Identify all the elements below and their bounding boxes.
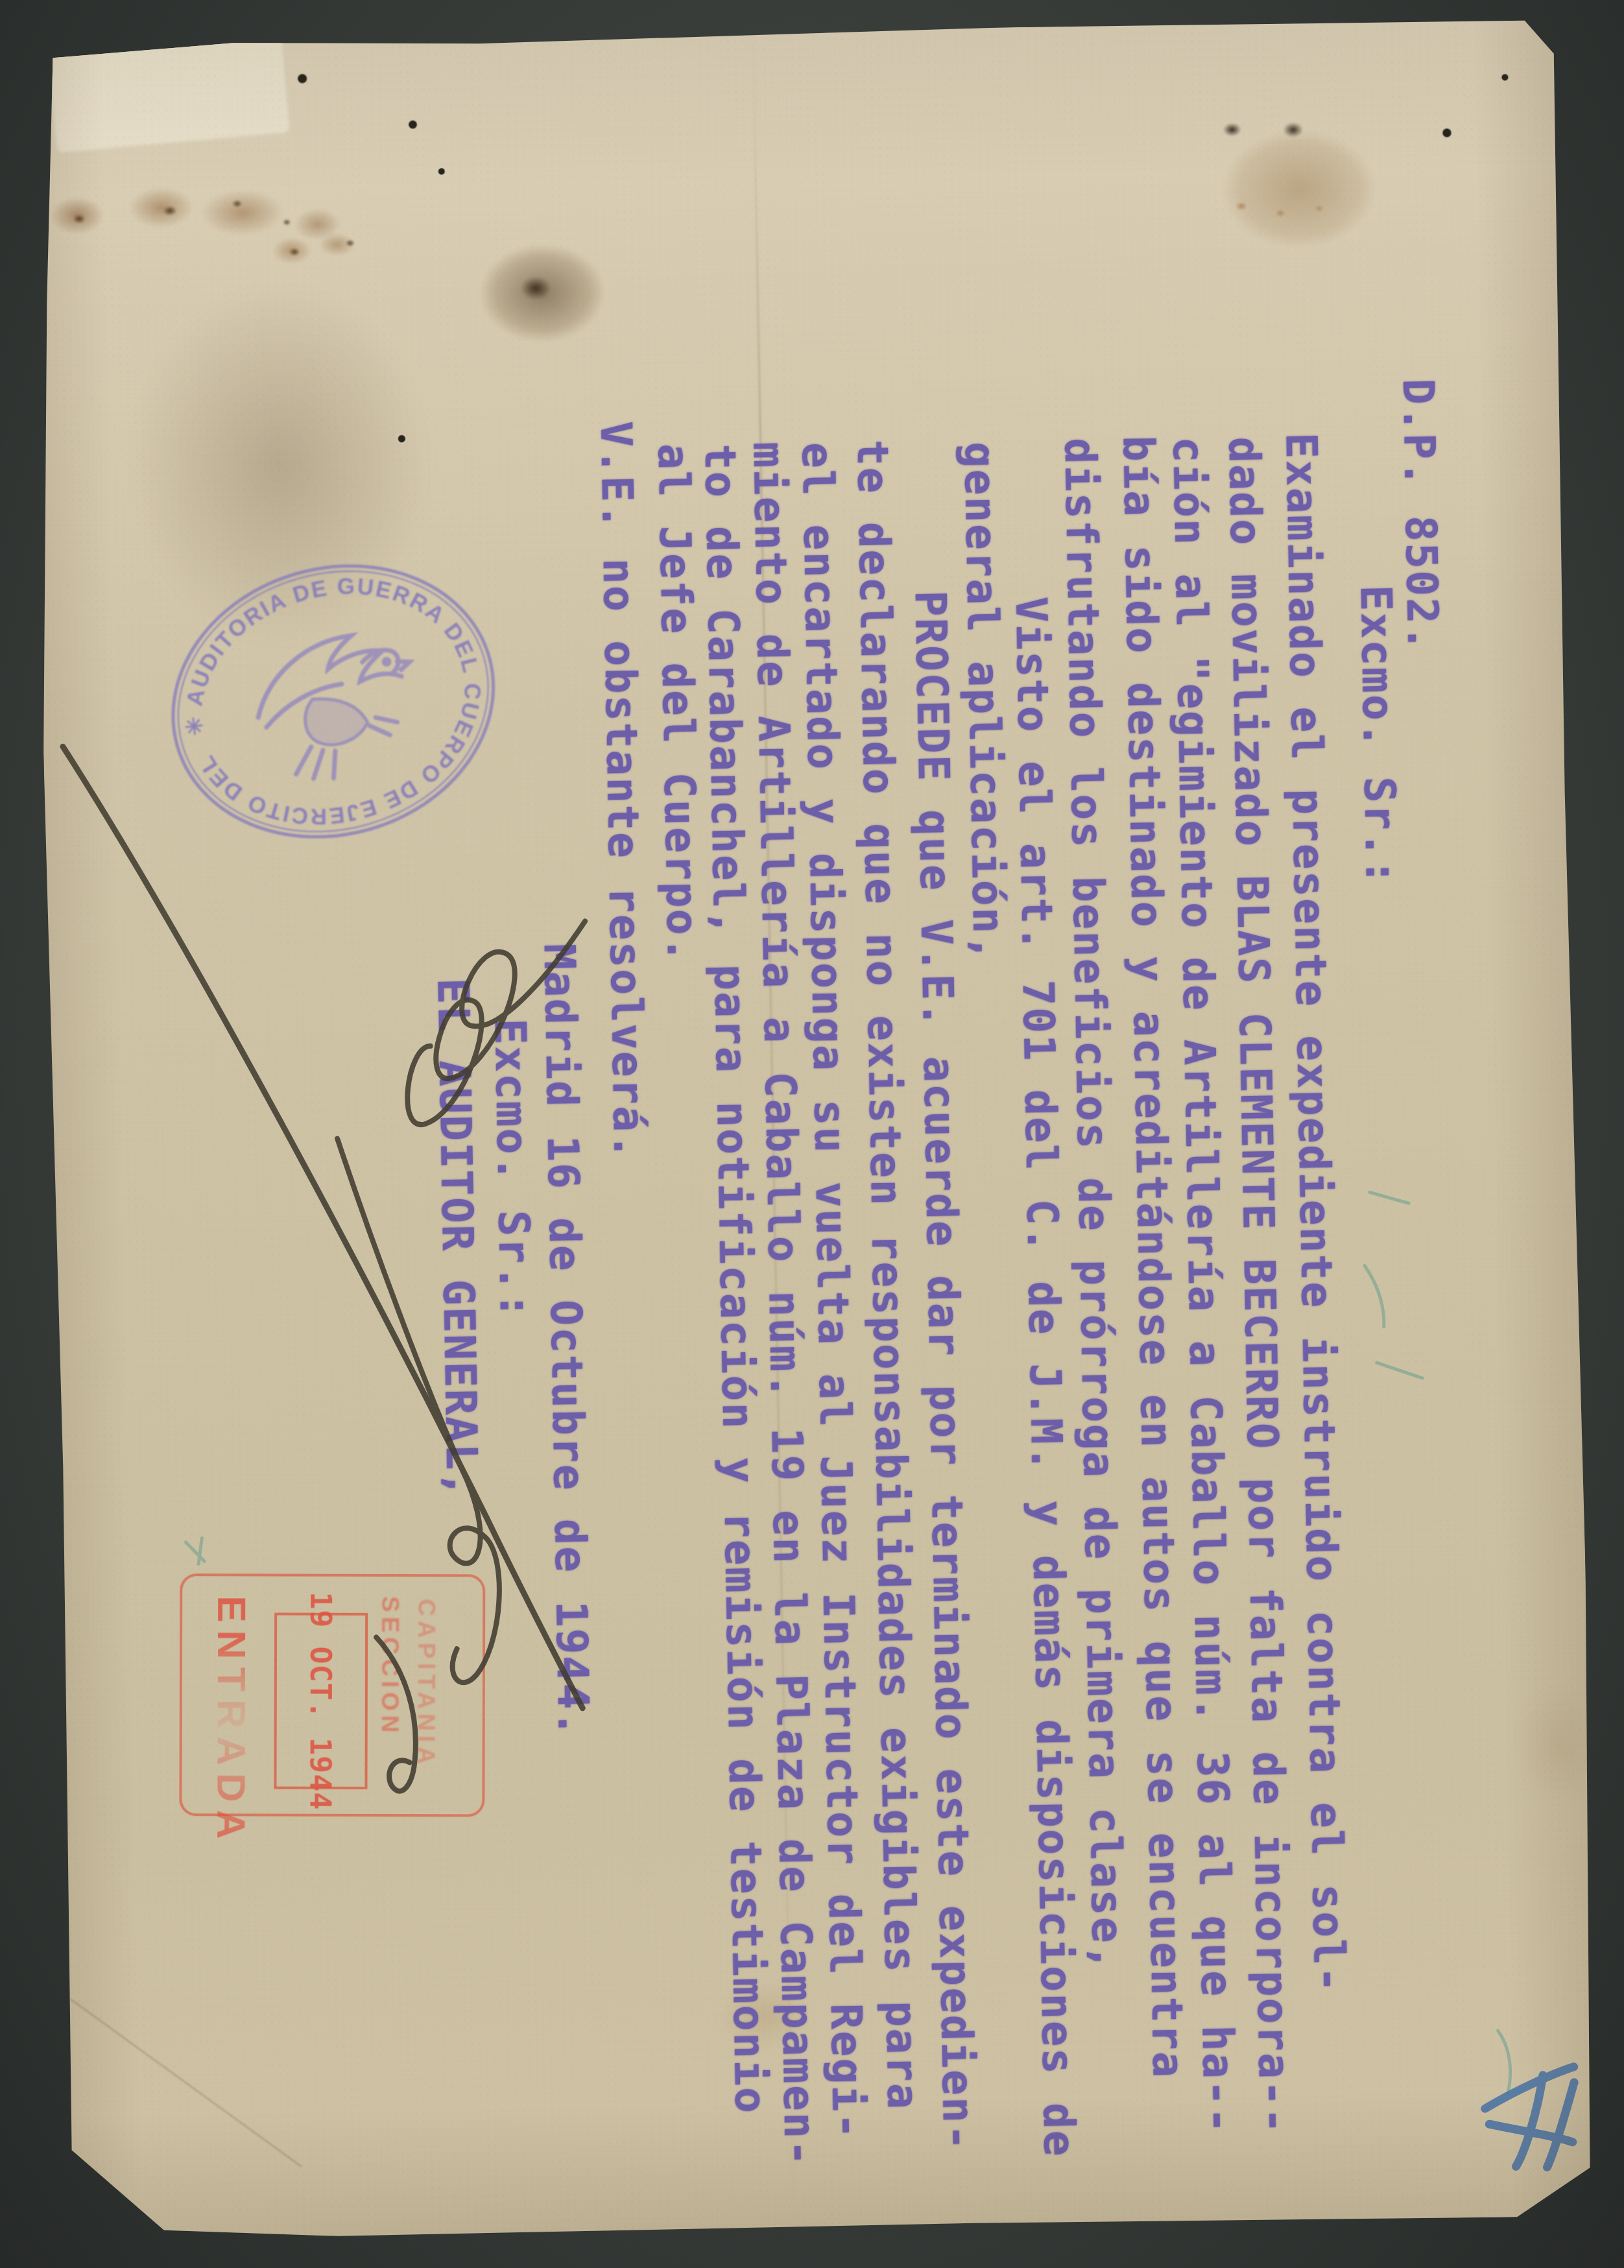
entry-stamp-title: ENTRADA (208, 1595, 254, 1846)
oval-stamp: ✳ AUDITORIA DE GUERRA DEL CUERPO DE EJER… (156, 553, 511, 851)
entry-stamp-datebox: 19 OCT. 1944 (274, 1613, 368, 1789)
entry-stamp-date: 19 OCT. 1944 (304, 1592, 339, 1810)
scan-background: D.P. 8502.Excmo. Sr.:Examinado el presen… (0, 0, 1624, 2268)
typed-content: D.P. 8502.Excmo. Sr.:Examinado el presen… (25, 16, 1597, 2243)
typed-line: general aplicación, (955, 441, 1014, 962)
eagle-emblem-icon (243, 621, 435, 793)
typed-line: EL AUDITOR GENERAL, (428, 977, 488, 1499)
entry-stamp: CAPITANIA SECCION 19 OCT. 1944 ENTRADA (179, 1573, 485, 1817)
typed-line: Madrid 16 de Octubre de 1944. (534, 943, 599, 1738)
typed-line: al Jefe del Cuerpo. (649, 443, 708, 964)
typed-line: Excmo. Sr.: (1351, 584, 1407, 887)
typed-line: D.P. 8502. (1393, 378, 1448, 653)
entry-stamp-office-line: CAPITANIA (412, 1599, 440, 1769)
document-paper: D.P. 8502.Excmo. Sr.:Examinado el presen… (25, 14, 1604, 2248)
typed-lines: D.P. 8502.Excmo. Sr.:Examinado el presen… (25, 16, 1597, 2243)
typed-line: V.E. no obstante resolverá. (591, 421, 654, 1162)
entry-stamp-section-line: SECCION (376, 1596, 404, 1737)
typed-line: Excmo. Sr.: (485, 1018, 541, 1320)
